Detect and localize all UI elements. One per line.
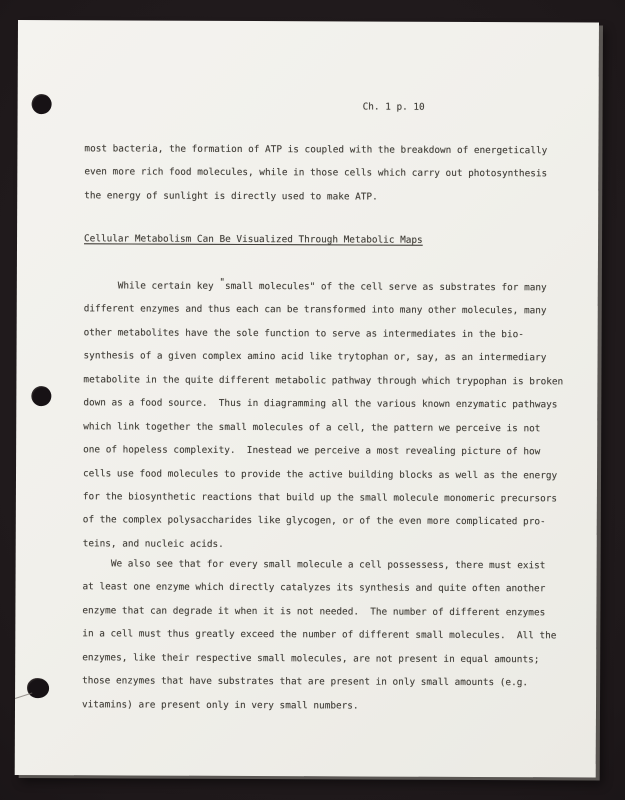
text-line-with-raised-quote: While certain key "small molecules" of t… (84, 274, 564, 300)
text-line: enzyme that can degrade it when it is no… (82, 599, 556, 625)
text-line: other metabolites have the sole function… (84, 321, 564, 347)
text-line: at least one enzyme which directly catal… (82, 576, 556, 602)
text-line: those enzymes that have substrates that … (82, 669, 556, 695)
text-line: even more rich food molecules, while in … (84, 161, 547, 186)
text-line: in a cell must thus greatly exceed the n… (82, 623, 556, 649)
text-line: which link together the small molecules … (83, 415, 563, 441)
text-line: vitamins) are present only in very small… (82, 693, 556, 719)
text-line: one of hopeless complexity. Inestead we … (83, 438, 563, 464)
text-line: enzymes, like their respective small mol… (82, 646, 556, 672)
punch-hole-bottom (27, 678, 49, 698)
text-line: different enzymes and thus each can be t… (84, 298, 564, 324)
text-line: down as a food source. Thus in diagrammi… (83, 391, 563, 417)
text-line: the energy of sunlight is directly used … (84, 184, 547, 209)
text-line: cells use food molecules to provide the … (83, 462, 563, 488)
section-heading: Cellular Metabolism Can Be Visualized Th… (84, 227, 423, 252)
text-line: metabolite in the quite different metabo… (83, 368, 563, 394)
text-segment: small molecules" of the cell serve as su… (225, 281, 547, 293)
scan-background: { "colors": { "background": "#1e181a", "… (0, 0, 625, 800)
text-line: for the biosynthetic reactions that buil… (83, 485, 563, 511)
text-line: We also see that for every small molecul… (83, 552, 557, 578)
paper-scratch-mark (15, 693, 32, 699)
text-line: of the complex polysaccharides like glyc… (83, 509, 563, 535)
paragraph-3: We also see that for every small molecul… (82, 552, 557, 718)
document-page: Ch. 1 p. 10 most bacteria, the formation… (15, 20, 599, 778)
text-line: synthesis of a given complex amino acid … (83, 345, 563, 371)
punch-hole-top (32, 94, 52, 114)
page-header: Ch. 1 p. 10 (363, 96, 425, 120)
raised-quote-mark: " (219, 277, 225, 288)
text-segment: While certain key (84, 280, 220, 292)
text-line: most bacteria, the formation of ATP is c… (84, 137, 547, 162)
punch-hole-middle (31, 386, 51, 406)
paragraph-1: most bacteria, the formation of ATP is c… (84, 137, 547, 209)
paragraph-2: While certain key "small molecules" of t… (83, 274, 564, 557)
